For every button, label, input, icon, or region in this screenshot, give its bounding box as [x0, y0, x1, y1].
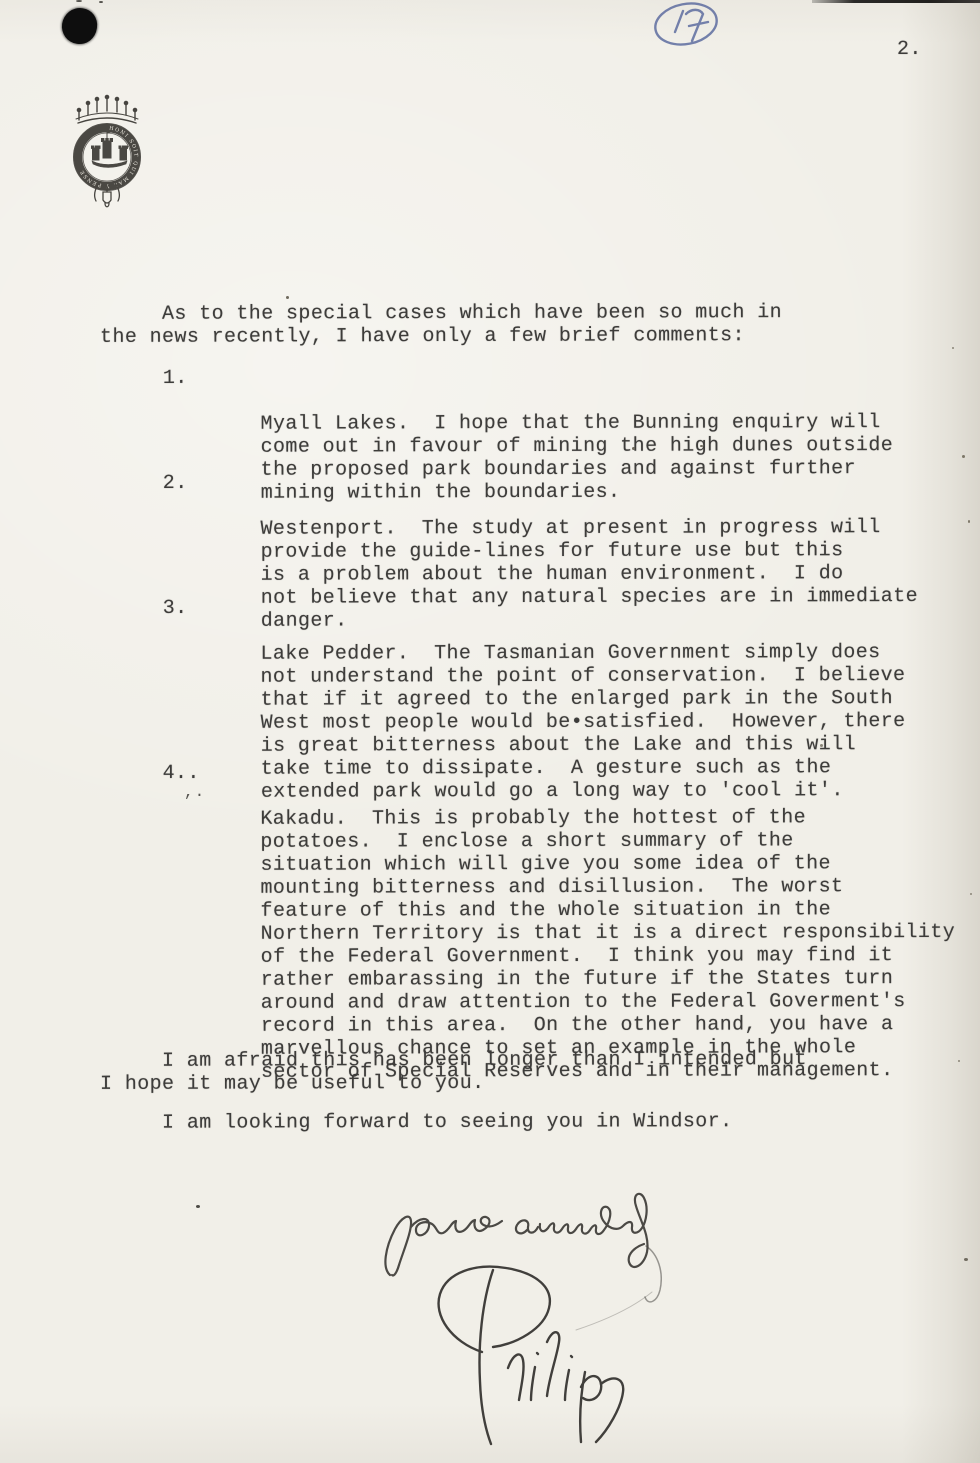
- paper-speck: [968, 520, 970, 523]
- page-number: 2.: [897, 38, 922, 61]
- list-item-text: Kakadu. This is probably the hottest of …: [260, 806, 955, 1084]
- stray-typewriter-mark: ,.: [184, 783, 205, 801]
- paper-speck: [632, 447, 635, 450]
- royal-crest: HONI SOIT QUI MAL Y PENSE: [62, 93, 157, 218]
- handwritten-signature: [330, 1180, 760, 1463]
- paper-speck: [196, 1205, 200, 1208]
- paper-speck: [964, 1258, 968, 1261]
- list-item-number: 2.: [163, 472, 188, 495]
- signature-philip: [439, 1267, 624, 1444]
- paper-speck: [958, 1060, 960, 1062]
- paper-speck: [99, 1, 103, 3]
- list-item-number: 1.: [163, 367, 188, 390]
- list-item-number: 4..: [163, 762, 200, 785]
- paper-speck: [962, 455, 965, 458]
- signoff-yours-sincerely: [385, 1194, 661, 1330]
- paper-speck: [286, 296, 289, 299]
- paper-speck: [822, 599, 824, 601]
- letter-page: HONI SOIT QUI MAL Y PENSE: [0, 0, 980, 1463]
- intro-paragraph: As to the special cases which have been …: [100, 301, 782, 349]
- closing-paragraph: I am afraid this has been longer than I …: [100, 1048, 807, 1096]
- paper-speck: [76, 0, 82, 2]
- paper-speck: [952, 347, 954, 349]
- list-item-number: 3.: [163, 597, 188, 620]
- circled-annotation-17: [645, 0, 735, 52]
- paper-speck: [970, 893, 972, 895]
- closing-paragraph-windsor: I am looking forward to seeing you in Wi…: [100, 1110, 733, 1135]
- hole-punch-mark: [60, 6, 100, 47]
- scan-artifact-strip: [812, 0, 980, 3]
- paper-speck: [820, 744, 823, 747]
- paper-speck: [700, 445, 703, 447]
